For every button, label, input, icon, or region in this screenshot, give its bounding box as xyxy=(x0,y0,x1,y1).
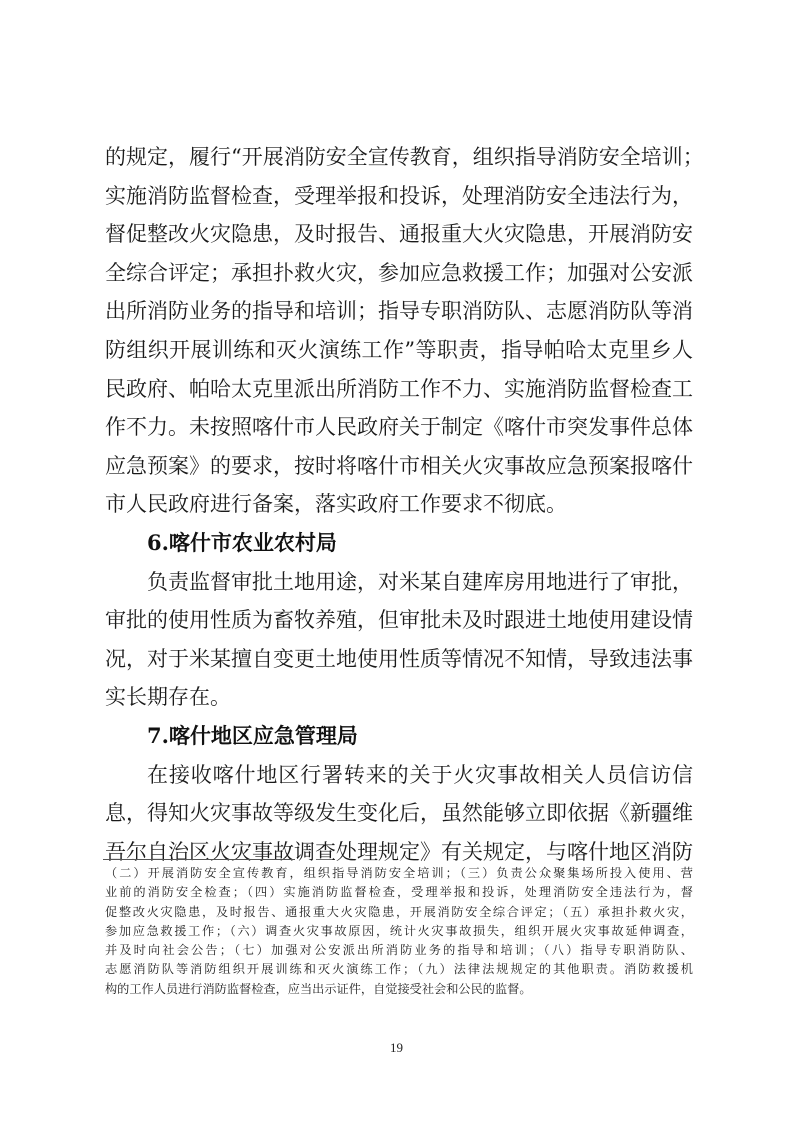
section-heading-7: 7.喀什地区应急管理局 xyxy=(105,717,693,756)
body-line: 作不力。未按照喀什市人民政府关于制定《喀什市突发事件总体 xyxy=(105,408,693,447)
document-page: 的规定，履行“开展消防安全宣传教育，组织指导消防安全培训； 实施消防监督检查，受… xyxy=(0,0,793,1122)
body-line: 市人民政府进行备案，落实政府工作要求不彻底。 xyxy=(105,485,693,524)
body-text: 的规定，履行“开展消防安全宣传教育，组织指导消防安全培训； 实施消防监督检查，受… xyxy=(105,138,693,871)
footnote-line: 并及时向社会公告；（七）加强对公安派出所消防业务的指导和培训；（八）指导专职消防… xyxy=(105,941,693,960)
section-heading-6: 6.喀什市农业农村局 xyxy=(105,524,693,563)
body-line: 全综合评定；承担扑救火灾，参加应急救援工作；加强对公安派 xyxy=(105,254,693,293)
footnote-line: （二）开展消防安全宣传教育，组织指导消防安全培训；（三）负责公众聚集场所投入使用… xyxy=(105,864,693,883)
section6-line: 况，对于米某擅自变更土地使用性质等情况不知情，导致违法事 xyxy=(105,640,693,679)
page-number: 19 xyxy=(0,1040,793,1056)
body-line: 督促整改火灾隐患，及时报告、通报重大火灾隐患，开展消防安 xyxy=(105,215,693,254)
body-line: 防组织开展训练和灭火演练工作”等职责，指导帕哈太克里乡人 xyxy=(105,331,693,370)
body-line: 应急预案》的要求，按时将喀什市相关火灾事故应急预案报喀什 xyxy=(105,447,693,486)
footnote-line: 构的工作人员进行消防监督检查，应当出示证件，自觉接受社会和公民的监督。 xyxy=(105,980,693,999)
footnote-line: 促整改火灾隐患，及时报告、通报重大火灾隐患，开展消防安全综合评定；（五）承担扑救… xyxy=(105,903,693,922)
footnote: （二）开展消防安全宣传教育，组织指导消防安全培训；（三）负责公众聚集场所投入使用… xyxy=(105,864,693,999)
footnote-line: 业前的消防安全检查；（四）实施消防监督检查，受理举报和投诉，处理消防安全违法行为… xyxy=(105,883,693,902)
body-line: 民政府、帕哈太克里派出所消防工作不力、实施消防监督检查工 xyxy=(105,370,693,409)
body-line: 实施消防监督检查，受理举报和投诉，处理消防安全违法行为， xyxy=(105,177,693,216)
section7-line: 在接收喀什地区行署转来的关于火灾事故相关人员信访信 xyxy=(105,756,693,795)
body-line: 的规定，履行“开展消防安全宣传教育，组织指导消防安全培训； xyxy=(105,138,693,177)
section6-line: 负责监督审批土地用途，对米某自建库房用地进行了审批， xyxy=(105,563,693,602)
section6-line: 实长期存在。 xyxy=(105,678,693,717)
footnote-line: 参加应急救援工作；（六）调查火灾事故原因，统计火灾事故损失，组织开展火灾事故延伸… xyxy=(105,922,693,941)
section7-line: 息，得知火灾事故等级发生变化后，虽然能够立即依据《新疆维 xyxy=(105,794,693,833)
footnote-separator xyxy=(103,859,295,860)
section6-line: 审批的使用性质为畜牧养殖，但审批未及时跟进土地使用建设情 xyxy=(105,601,693,640)
body-line: 出所消防业务的指导和培训；指导专职消防队、志愿消防队等消 xyxy=(105,292,693,331)
footnote-line: 志愿消防队等消防组织开展训练和灭火演练工作；（九）法律法规规定的其他职责。消防救… xyxy=(105,960,693,979)
